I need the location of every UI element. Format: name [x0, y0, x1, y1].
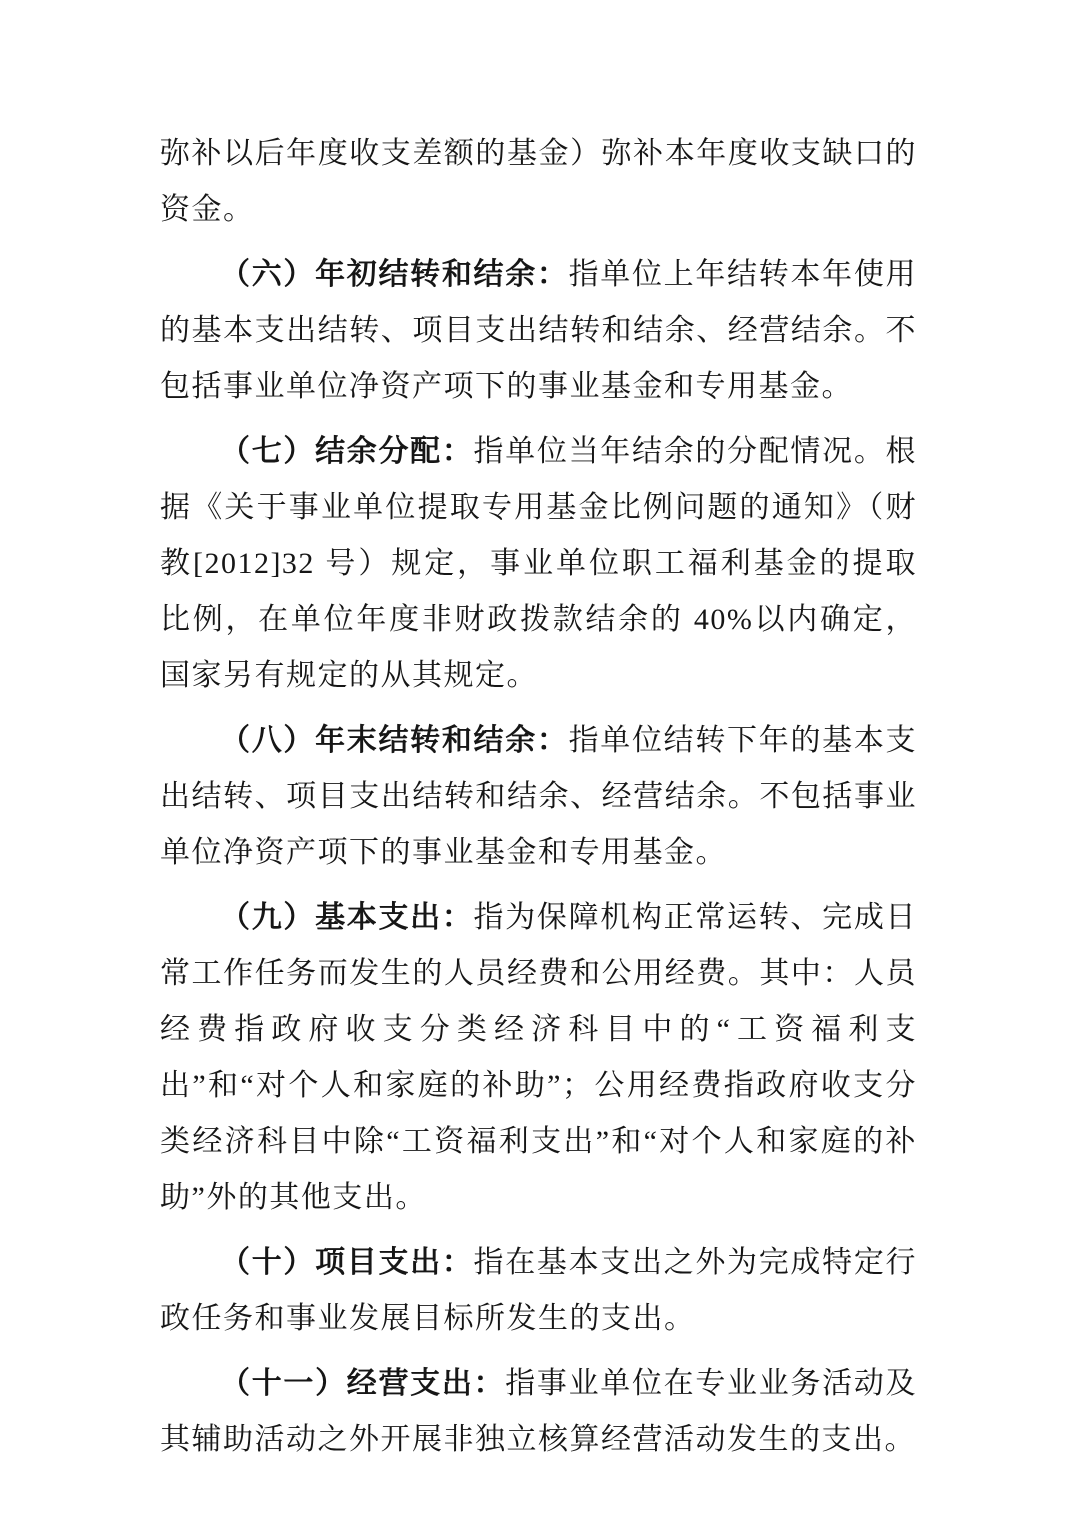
paragraph-text: 弥补以后年度收支差额的基金）弥补本年度收支缺口的资金。	[160, 137, 917, 226]
paragraph-text: 指单位当年结余的分配情况。根据《关于事业单位提取专用基金比例问题的通知》（财教[…	[160, 435, 917, 692]
paragraph: （九）基本支出：指为保障机构正常运转、完成日常工作任务而发生的人员经费和公用经费…	[160, 890, 917, 1226]
paragraph-text: 指为保障机构正常运转、完成日常工作任务而发生的人员经费和公用经费。其中：人员经费…	[160, 901, 917, 1214]
paragraph: 弥补以后年度收支差额的基金）弥补本年度收支缺口的资金。	[160, 126, 917, 238]
document-body: 弥补以后年度收支差额的基金）弥补本年度收支缺口的资金。（六）年初结转和结余：指单…	[0, 0, 1075, 1468]
paragraph-lead: （九）基本支出：	[220, 901, 474, 934]
paragraph-lead: （七）结余分配：	[220, 435, 474, 468]
paragraph-lead: （六）年初结转和结余：	[220, 258, 569, 291]
paragraph: （六）年初结转和结余：指单位上年结转本年使用的基本支出结转、项目支出结转和结余、…	[160, 247, 917, 415]
paragraph-lead: （八）年末结转和结余：	[220, 724, 569, 757]
document-page: 弥补以后年度收支差额的基金）弥补本年度收支缺口的资金。（六）年初结转和结余：指单…	[0, 0, 1075, 1520]
paragraph: （十）项目支出：指在基本支出之外为完成特定行政任务和事业发展目标所发生的支出。	[160, 1235, 917, 1347]
paragraph: （八）年末结转和结余：指单位结转下年的基本支出结转、项目支出结转和结余、经营结余…	[160, 713, 917, 881]
paragraph-lead: （十一）经营支出：	[220, 1367, 505, 1400]
paragraph-lead: （十）项目支出：	[220, 1246, 474, 1279]
paragraph: （七）结余分配：指单位当年结余的分配情况。根据《关于事业单位提取专用基金比例问题…	[160, 424, 917, 704]
paragraph: （十一）经营支出：指事业单位在专业业务活动及其辅助活动之外开展非独立核算经营活动…	[160, 1356, 917, 1468]
